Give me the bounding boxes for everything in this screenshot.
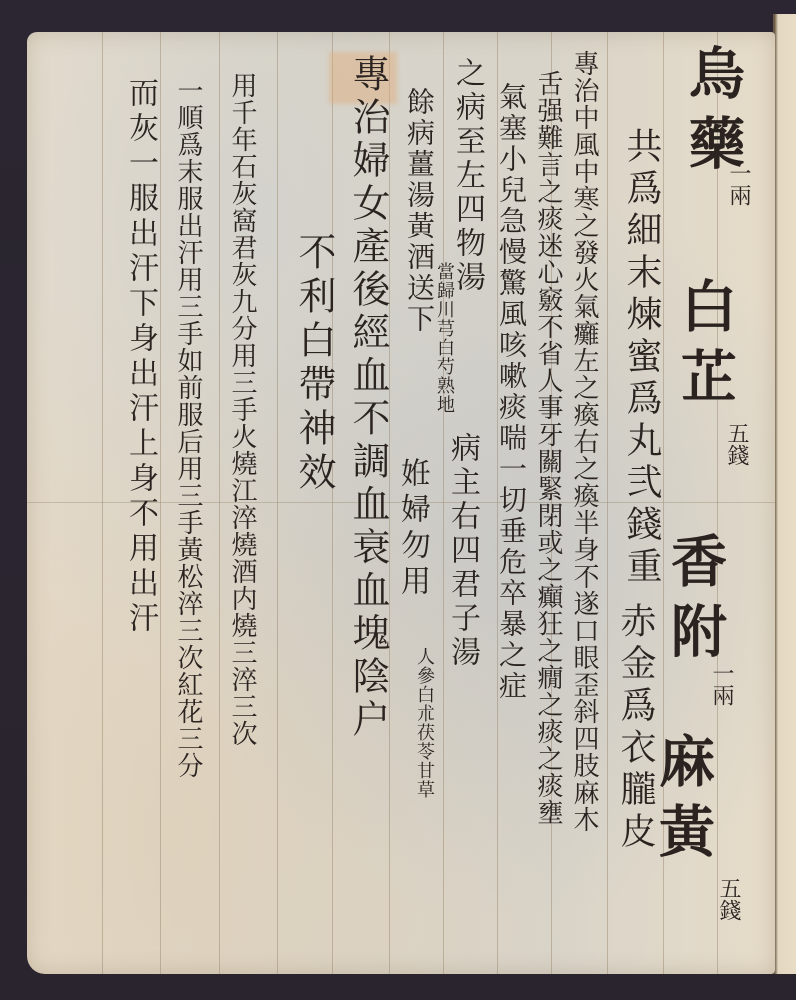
usage-instructions-line-1: 用千年石灰窩君灰九分用三手火燒江淬燒酒内燒三淬三次 xyxy=(229,72,255,747)
coating-instructions: 赤金爲衣朧皮 xyxy=(617,602,653,854)
column-rule xyxy=(160,32,161,974)
column-rule xyxy=(607,32,608,974)
pregnancy-warning: 姙婦勿用 xyxy=(397,457,427,601)
column-rule xyxy=(102,32,103,974)
dosage-note: 五錢 xyxy=(725,422,747,466)
column-rule xyxy=(443,32,444,974)
herb-name-xiangfu: 香附 xyxy=(667,532,723,672)
left-formula-ingredients: 當歸川芎白芍熟地 xyxy=(435,262,453,414)
column-rule xyxy=(332,32,333,974)
other-illness-instructions: 餘病薑湯黃酒送下 xyxy=(405,87,433,335)
preparation-instructions: 共爲細末煉蜜爲丸弐錢重 xyxy=(623,127,659,589)
dosage-note: 一兩 xyxy=(710,662,732,706)
column-rule xyxy=(277,32,278,974)
herb-name-baizhi: 白芷 xyxy=(677,277,733,417)
right-side-formula: 病主右四君子湯 xyxy=(447,432,477,670)
dosage-note: 五錢 xyxy=(717,877,739,921)
indications-line-2: 舌强難言之痰迷心竅不省人事牙關緊閉或之癲狂之癇之痰之痰壅 xyxy=(535,70,561,826)
usage-instructions-line-3: 而灰一服出汗下身出汗上身不用出汗 xyxy=(125,77,155,637)
womens-indications-line-2: 不利白帶神效 xyxy=(295,232,333,496)
dosage-note: 一兩 xyxy=(727,162,749,206)
herb-name-mahuang: 麻黃 xyxy=(655,732,711,872)
manuscript-page: 烏藥 一兩 白芷 五錢 香附 一兩 麻黃 五錢 共爲細末煉蜜爲丸弐錢重 赤金爲衣… xyxy=(27,32,775,974)
left-side-formula: 之病至左四物湯 xyxy=(452,57,482,295)
indications-line-3: 氣塞小兒急慢驚風咳嗽痰喘一切垂危卒暴之症 xyxy=(497,82,525,702)
right-formula-ingredients: 人參白朮茯苓甘草 xyxy=(415,647,433,799)
adjacent-page-edge xyxy=(775,14,796,974)
indications-line-1: 專治中風中寒之發火氣癱左之瘓右之瘓半身不遂口眼歪斜四肢麻木 xyxy=(571,50,597,833)
usage-instructions-line-2: 一順爲末服出汗用三手如前服后用三手黃松淬三次紅花三分 xyxy=(175,77,201,779)
womens-indications-line-1: 專治婦女產後經血不調血衰血塊陰户 xyxy=(349,54,387,742)
manuscript-scan: 烏藥 一兩 白芷 五錢 香附 一兩 麻黃 五錢 共爲細末煉蜜爲丸弐錢重 赤金爲衣… xyxy=(0,0,796,1000)
column-rule xyxy=(219,32,220,974)
